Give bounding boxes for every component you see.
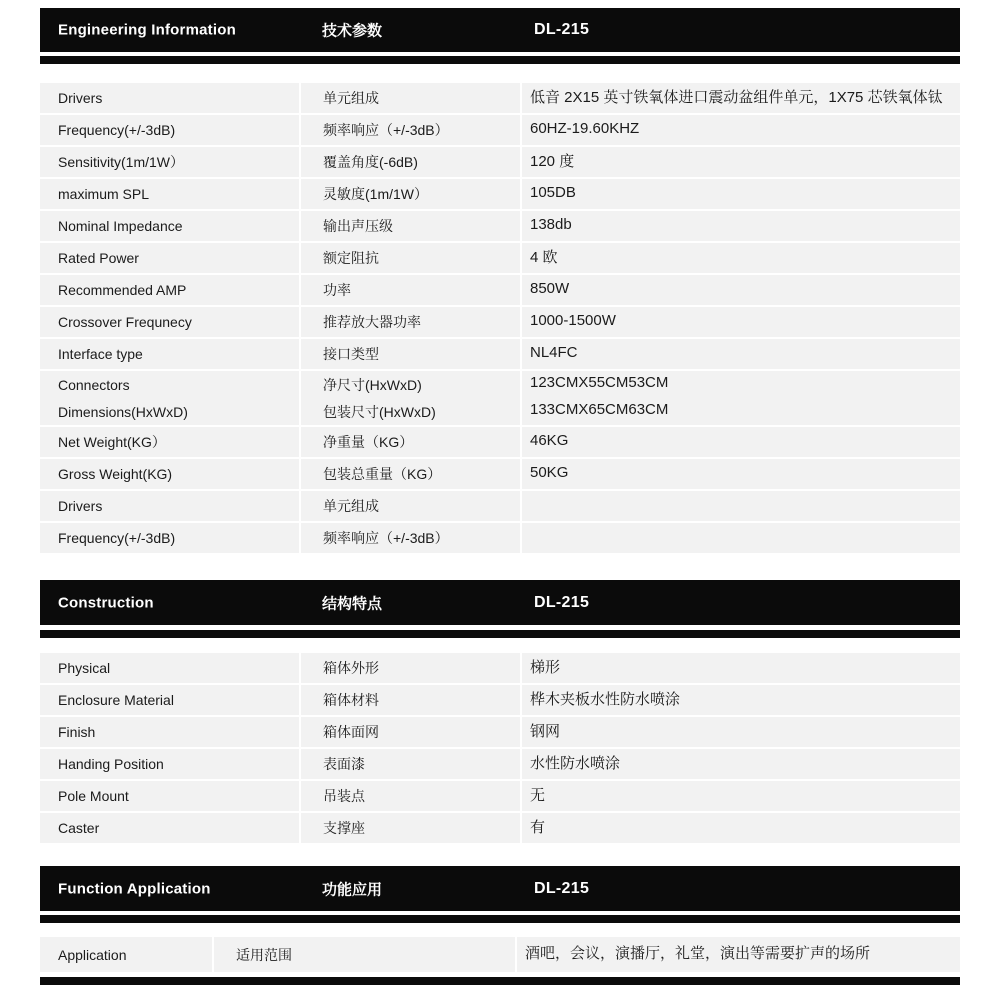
spec-label-zh: 适用范围	[236, 945, 292, 965]
table-row: Frequency(+/-3dB) 频率响应（+/-3dB）	[40, 523, 960, 553]
spec-label-en-cell: Net Weight(KG）	[40, 427, 299, 457]
spec-label-en-cell: Connectors	[40, 371, 299, 398]
spec-label-zh-cell: 箱体面网	[301, 717, 520, 747]
spec-label-zh: 箱体面网	[323, 722, 379, 742]
spec-label-en: Nominal Impedance	[58, 218, 183, 234]
spec-label-zh: 箱体外形	[323, 658, 379, 678]
spec-label-zh: 频率响应（+/-3dB）	[323, 528, 449, 548]
section-divider-rule	[40, 915, 960, 923]
spec-label-en-cell: Frequency(+/-3dB)	[40, 115, 299, 145]
spec-label-en-cell: Pole Mount	[40, 781, 299, 811]
spec-value-cell	[522, 523, 960, 553]
spec-value-cell: 低音 2X15 英寸铁氧体进口震动盆组件单元，1X75 芯铁氧体钛	[522, 83, 960, 113]
spec-value-cell: 850W	[522, 275, 960, 305]
spec-value: 120 度	[530, 150, 574, 171]
spec-label-zh-cell: 包装尺寸(HxWxD)	[301, 398, 520, 425]
spec-value: 低音 2X15 英寸铁氧体进口震动盆组件单元，1X75 芯铁氧体钛	[530, 86, 943, 107]
spec-label-en: Pole Mount	[58, 788, 129, 804]
spec-value: 1000-1500W	[530, 312, 616, 329]
spec-label-en: Drivers	[58, 90, 102, 106]
product-model: DL-215	[534, 594, 589, 612]
engineering-section-header: Engineering Information 技术参数 DL-215	[40, 8, 960, 52]
spec-value-cell: 酒吧，会议，演播厅，礼堂，演出等需要扩声的场所	[517, 937, 960, 972]
spec-label-zh-cell: 功率	[301, 275, 520, 305]
section-title-en: Engineering Information	[58, 22, 236, 39]
spec-value-cell: 1000-1500W	[522, 307, 960, 337]
spec-label-en-cell: maximum SPL	[40, 179, 299, 209]
spec-value: 138db	[530, 216, 572, 233]
spec-value-cell: 水性防水喷涂	[522, 749, 960, 779]
spec-value-cell: NL4FC	[522, 339, 960, 369]
spec-label-zh: 功率	[323, 280, 351, 300]
spec-label-en-cell: Frequency(+/-3dB)	[40, 523, 299, 553]
spec-label-zh-cell: 接口类型	[301, 339, 520, 369]
spec-label-zh-cell: 额定阻抗	[301, 243, 520, 273]
spec-label-en-cell: Physical	[40, 653, 299, 683]
table-row: Gross Weight(KG) 包装总重量（KG） 50KG	[40, 459, 960, 489]
spec-label-zh: 单元组成	[323, 496, 379, 516]
table-row: Pole Mount 吊装点 无	[40, 781, 960, 811]
spec-label-en: Connectors	[58, 377, 130, 393]
spec-label-en-cell: Sensitivity(1m/1W）	[40, 147, 299, 177]
spec-label-zh-cell: 单元组成	[301, 83, 520, 113]
application-spec-table: Application 适用范围 酒吧，会议，演播厅，礼堂，演出等需要扩声的场所	[40, 937, 960, 972]
table-row: Net Weight(KG） 净重量（KG） 46KG	[40, 427, 960, 457]
spec-value: 桦木夹板水性防水喷涂	[530, 688, 680, 709]
spec-label-zh: 包装总重量（KG）	[323, 464, 441, 484]
spec-label-zh: 净重量（KG）	[323, 432, 413, 452]
table-row: Caster 支撑座 有	[40, 813, 960, 843]
table-row: Rated Power 额定阻抗 4 欧	[40, 243, 960, 273]
spec-label-zh-cell: 吊装点	[301, 781, 520, 811]
spec-label-en-cell: Drivers	[40, 83, 299, 113]
spec-label-en: Drivers	[58, 498, 102, 514]
table-row: Handing Position 表面漆 水性防水喷涂	[40, 749, 960, 779]
spec-label-zh-cell: 箱体材料	[301, 685, 520, 715]
spec-label-zh: 频率响应（+/-3dB）	[323, 120, 449, 140]
table-row: Interface type 接口类型 NL4FC	[40, 339, 960, 369]
table-row: Frequency(+/-3dB) 频率响应（+/-3dB） 60HZ-19.6…	[40, 115, 960, 145]
table-row: Nominal Impedance 输出声压级 138db	[40, 211, 960, 241]
spec-label-en-cell: Crossover Frequnecy	[40, 307, 299, 337]
spec-label-en: Finish	[58, 724, 95, 740]
spec-label-zh: 箱体材料	[323, 690, 379, 710]
spec-label-zh: 单元组成	[323, 88, 379, 108]
spec-label-zh-cell: 净重量（KG）	[301, 427, 520, 457]
spec-value: 水性防水喷涂	[530, 752, 620, 773]
spec-label-zh: 灵敏度(1m/1W）	[323, 184, 428, 204]
spec-label-zh-cell: 频率响应（+/-3dB）	[301, 115, 520, 145]
spec-label-en-cell: Dimensions(HxWxD)	[40, 398, 299, 425]
spec-label-en-cell: Enclosure Material	[40, 685, 299, 715]
spec-label-en: Frequency(+/-3dB)	[58, 530, 175, 546]
spec-value-cell: 60HZ-19.60KHZ	[522, 115, 960, 145]
spec-label-zh-cell: 支撑座	[301, 813, 520, 843]
spec-label-en: Frequency(+/-3dB)	[58, 122, 175, 138]
function-application-section-header: Function Application 功能应用 DL-215	[40, 866, 960, 911]
spec-label-zh-cell: 表面漆	[301, 749, 520, 779]
spec-value: 60HZ-19.60KHZ	[530, 120, 639, 137]
spec-label-en: Rated Power	[58, 250, 139, 266]
spec-value-cell: 105DB	[522, 179, 960, 209]
product-model: DL-215	[534, 880, 589, 898]
spec-value-cell	[522, 491, 960, 521]
construction-section-header: Construction 结构特点 DL-215	[40, 580, 960, 625]
spec-label-en: Dimensions(HxWxD)	[58, 404, 188, 420]
spec-label-en-cell: Nominal Impedance	[40, 211, 299, 241]
spec-label-zh-cell: 覆盖角度(-6dB)	[301, 147, 520, 177]
spec-label-zh: 表面漆	[323, 754, 365, 774]
spec-label-zh: 吊装点	[323, 786, 365, 806]
spec-label-zh: 接口类型	[323, 344, 379, 364]
section-title-en: Function Application	[58, 880, 211, 897]
spec-label-en: Crossover Frequnecy	[58, 314, 192, 330]
spec-label-zh: 支撑座	[323, 818, 365, 838]
spec-label-zh-cell: 单元组成	[301, 491, 520, 521]
spec-label-zh: 额定阻抗	[323, 248, 379, 268]
section-divider-rule	[40, 56, 960, 64]
spec-label-zh-cell: 净尺寸(HxWxD)	[301, 371, 520, 398]
section-title-en: Construction	[58, 594, 154, 611]
spec-label-en: Handing Position	[58, 756, 164, 772]
spec-label-zh-cell: 包装总重量（KG）	[301, 459, 520, 489]
spec-value-cell: 133CMX65CM63CM	[522, 398, 960, 425]
table-row: Physical 箱体外形 梯形	[40, 653, 960, 683]
spec-value-cell: 有	[522, 813, 960, 843]
table-row: Crossover Frequnecy 推荐放大器功率 1000-1500W	[40, 307, 960, 337]
spec-label-zh-cell: 灵敏度(1m/1W）	[301, 179, 520, 209]
spec-label-en: Sensitivity(1m/1W）	[58, 152, 184, 172]
spec-label-zh: 包装尺寸(HxWxD)	[323, 402, 436, 422]
engineering-spec-table: Drivers 单元组成 低音 2X15 英寸铁氧体进口震动盆组件单元，1X75…	[40, 83, 960, 553]
spec-label-en-cell: Recommended AMP	[40, 275, 299, 305]
spec-value: 46KG	[530, 432, 568, 449]
spec-value: NL4FC	[530, 344, 578, 361]
section-title-zh: 技术参数	[322, 20, 382, 41]
document-bottom-rule	[40, 977, 960, 985]
table-row: Application 适用范围 酒吧，会议，演播厅，礼堂，演出等需要扩声的场所	[40, 937, 960, 972]
spec-label-zh-cell: 推荐放大器功率	[301, 307, 520, 337]
spec-value: 850W	[530, 280, 569, 297]
spec-value-cell: 123CMX55CM53CM	[522, 371, 960, 398]
table-row: Dimensions(HxWxD) 包装尺寸(HxWxD) 133CMX65CM…	[40, 398, 960, 425]
table-row: maximum SPL 灵敏度(1m/1W） 105DB	[40, 179, 960, 209]
construction-spec-table: Physical 箱体外形 梯形 Enclosure Material 箱体材料…	[40, 653, 960, 843]
spec-label-en: maximum SPL	[58, 186, 149, 202]
spec-label-en: Physical	[58, 660, 110, 676]
spec-value: 123CMX55CM53CM	[530, 374, 668, 391]
spec-label-zh: 覆盖角度(-6dB)	[323, 152, 418, 172]
spec-label-en: Enclosure Material	[58, 692, 174, 708]
spec-label-zh: 净尺寸(HxWxD)	[323, 375, 422, 395]
spec-value-cell: 梯形	[522, 653, 960, 683]
spec-value: 梯形	[530, 656, 560, 677]
spec-value: 钢网	[530, 720, 560, 741]
spec-value: 无	[530, 784, 545, 805]
table-row: Sensitivity(1m/1W） 覆盖角度(-6dB) 120 度	[40, 147, 960, 177]
spec-label-en: Recommended AMP	[58, 282, 186, 298]
spec-label-zh-cell: 频率响应（+/-3dB）	[301, 523, 520, 553]
section-title-zh: 功能应用	[322, 878, 382, 899]
spec-value-cell: 138db	[522, 211, 960, 241]
spec-label-zh-cell: 箱体外形	[301, 653, 520, 683]
table-row: Recommended AMP 功率 850W	[40, 275, 960, 305]
spec-label-en-cell: Rated Power	[40, 243, 299, 273]
spec-label-en-cell: Gross Weight(KG)	[40, 459, 299, 489]
spec-value-cell: 桦木夹板水性防水喷涂	[522, 685, 960, 715]
table-row: Connectors 净尺寸(HxWxD) 123CMX55CM53CM	[40, 371, 960, 398]
spec-value: 有	[530, 816, 545, 837]
section-divider-rule	[40, 630, 960, 638]
spec-label-en-cell: Interface type	[40, 339, 299, 369]
spec-value-cell: 46KG	[522, 427, 960, 457]
product-model: DL-215	[534, 21, 589, 39]
spec-value-cell: 50KG	[522, 459, 960, 489]
table-row: Drivers 单元组成 低音 2X15 英寸铁氧体进口震动盆组件单元，1X75…	[40, 83, 960, 113]
spec-value-cell: 钢网	[522, 717, 960, 747]
spec-label-en: Interface type	[58, 346, 143, 362]
spec-value-cell: 120 度	[522, 147, 960, 177]
spec-value: 4 欧	[530, 246, 558, 267]
spec-value: 酒吧，会议，演播厅，礼堂，演出等需要扩声的场所	[525, 942, 870, 963]
spec-value: 105DB	[530, 184, 576, 201]
spec-label-en-cell: Caster	[40, 813, 299, 843]
spec-label-zh: 推荐放大器功率	[323, 312, 421, 332]
spec-label-en: Gross Weight(KG)	[58, 466, 172, 482]
table-row: Drivers 单元组成	[40, 491, 960, 521]
spec-label-en: Caster	[58, 820, 99, 836]
spec-label-en-cell: Application	[40, 937, 212, 972]
section-title-zh: 结构特点	[322, 592, 382, 613]
spec-value: 133CMX65CM63CM	[530, 401, 668, 418]
table-row: Enclosure Material 箱体材料 桦木夹板水性防水喷涂	[40, 685, 960, 715]
spec-label-zh: 输出声压级	[323, 216, 393, 236]
spec-value: 50KG	[530, 464, 568, 481]
spec-label-en-cell: Handing Position	[40, 749, 299, 779]
spec-label-en: Application	[58, 947, 127, 963]
spec-label-en: Net Weight(KG）	[58, 432, 166, 452]
spec-label-zh-cell: 适用范围	[214, 937, 515, 972]
table-row: Finish 箱体面网 钢网	[40, 717, 960, 747]
spec-label-en-cell: Drivers	[40, 491, 299, 521]
spec-label-zh-cell: 输出声压级	[301, 211, 520, 241]
spec-value-cell: 4 欧	[522, 243, 960, 273]
spec-label-en-cell: Finish	[40, 717, 299, 747]
spec-value-cell: 无	[522, 781, 960, 811]
